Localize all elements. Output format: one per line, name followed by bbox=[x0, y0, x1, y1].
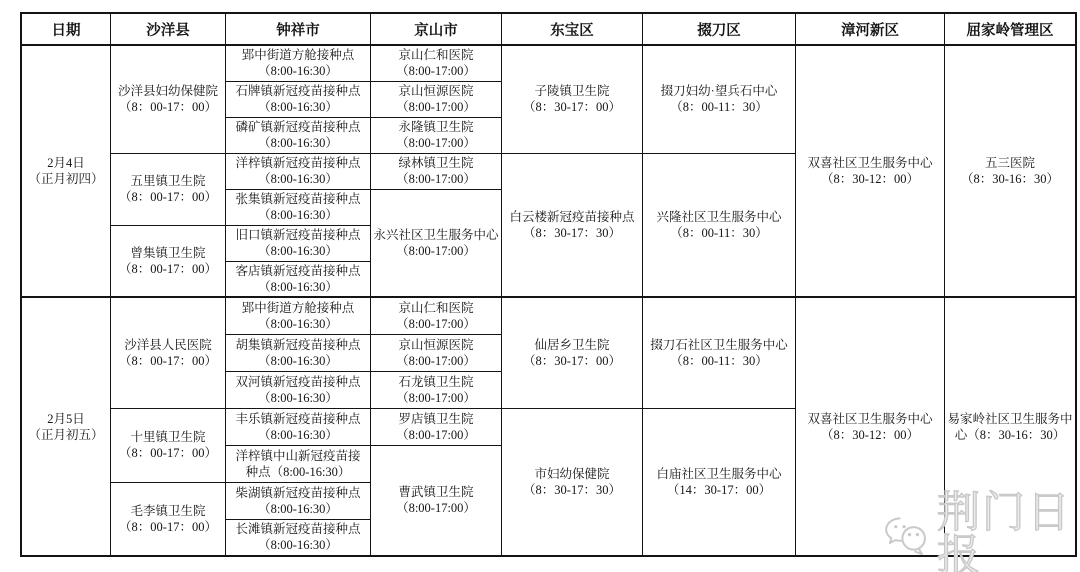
site-cell: 易家岭社区卫生服务中心（8：30-16：30） bbox=[945, 297, 1077, 556]
site-name: 石牌镇新冠疫苗接种点 bbox=[227, 83, 369, 99]
column-header: 漳河新区 bbox=[796, 13, 945, 45]
column-header: 钟祥市 bbox=[226, 13, 371, 45]
site-hours: （8:00-16:30） bbox=[227, 63, 369, 79]
site-name: 双河镇新冠疫苗接种点 bbox=[227, 374, 369, 390]
site-hours: （8：30-17：30） bbox=[503, 225, 641, 241]
date-cell: 2月4日（正月初四） bbox=[21, 45, 111, 297]
column-header: 掇刀区 bbox=[643, 13, 796, 45]
table-header: 日期沙洋县钟祥市京山市东宝区掇刀区漳河新区屈家岭管理区 bbox=[21, 13, 1076, 45]
site-name: 双喜社区卫生服务中心 bbox=[797, 155, 943, 171]
header-row: 日期沙洋县钟祥市京山市东宝区掇刀区漳河新区屈家岭管理区 bbox=[21, 13, 1076, 45]
site-hours: （8:00-17:00） bbox=[372, 390, 500, 406]
site-hours: （8:00-16:30） bbox=[227, 427, 369, 443]
column-header: 日期 bbox=[21, 13, 111, 45]
site-cell: 沙洋县妇幼保健院（8：00-17：00） bbox=[111, 45, 226, 153]
site-name: 五里镇卫生院 bbox=[112, 173, 224, 189]
site-hours: （8：00-17：00） bbox=[112, 189, 224, 205]
site-cell: 五里镇卫生院（8：00-17：00） bbox=[111, 153, 226, 225]
site-cell: 永兴社区卫生服务中心（8:00-17:00） bbox=[371, 189, 502, 297]
site-cell: 罗店镇卫生院（8:00-17:00） bbox=[371, 408, 502, 445]
site-hours: （14：30-17：00） bbox=[644, 482, 794, 498]
site-hours: （8:00-17:00） bbox=[372, 99, 500, 115]
site-cell: 永隆镇卫生院（8:00-17:00） bbox=[371, 117, 502, 153]
site-hours: （8:00-17:00） bbox=[372, 243, 500, 259]
site-name: 京山仁和医院 bbox=[372, 300, 500, 316]
site-cell: 张集镇新冠疫苗接种点（8:00-16:30） bbox=[226, 189, 371, 225]
site-cell: 石龙镇卫生院（8:00-17:00） bbox=[371, 371, 502, 408]
site-cell: 胡集镇新冠疫苗接种点（8:00-16:30） bbox=[226, 334, 371, 371]
site-cell: 白云楼新冠疫苗接种点（8：30-17：30） bbox=[502, 153, 643, 297]
site-name: 胡集镇新冠疫苗接种点 bbox=[227, 337, 369, 353]
site-cell: 十里镇卫生院（8：00-17：00） bbox=[111, 408, 226, 482]
site-name: 洋梓镇中山新冠疫苗接 bbox=[227, 448, 369, 464]
site-name: 郢中街道方舱接种点 bbox=[227, 300, 369, 316]
site-hours: （8:00-16:30） bbox=[227, 243, 369, 259]
site-cell: 磷矿镇新冠疫苗接种点（8:00-16:30） bbox=[226, 117, 371, 153]
site-name: 双喜社区卫生服务中心 bbox=[797, 411, 943, 427]
site-cell: 京山恒源医院（8:00-17:00） bbox=[371, 81, 502, 117]
site-hours: （8:00-16:30） bbox=[227, 279, 369, 295]
site-hours: （8：00-17：00） bbox=[112, 353, 224, 369]
site-cell: 长滩镇新冠疫苗接种点（8:00-16:30） bbox=[226, 519, 371, 556]
column-header: 沙洋县 bbox=[111, 13, 226, 45]
site-cell: 双喜社区卫生服务中心（8：30-12：00） bbox=[796, 297, 945, 556]
site-hours: 心（8：30-16：30） bbox=[946, 427, 1074, 443]
site-cell: 客店镇新冠疫苗接种点（8:00-16:30） bbox=[226, 261, 371, 297]
site-name: 易家岭社区卫生服务中 bbox=[946, 411, 1074, 427]
site-cell: 丰乐镇新冠疫苗接种点（8:00-16:30） bbox=[226, 408, 371, 445]
site-hours: （8:00-17:00） bbox=[372, 353, 500, 369]
site-cell: 曹武镇卫生院（8:00-17:00） bbox=[371, 445, 502, 556]
site-name: 罗店镇卫生院 bbox=[372, 411, 500, 427]
site-cell: 郢中街道方舱接种点（8:00-16:30） bbox=[226, 45, 371, 81]
site-name: 京山仁和医院 bbox=[372, 47, 500, 63]
site-name: 京山恒源医院 bbox=[372, 83, 500, 99]
site-name: 曾集镇卫生院 bbox=[112, 245, 224, 261]
site-hours: （8:00-16:30） bbox=[227, 99, 369, 115]
site-hours: （8：30-17：30） bbox=[503, 482, 641, 498]
site-hours: （8：00-17：00） bbox=[112, 261, 224, 277]
site-hours: （8:00-17:00） bbox=[372, 316, 500, 332]
site-name: 兴隆社区卫生服务中心 bbox=[644, 209, 794, 225]
site-hours: （8:00-16:30） bbox=[227, 353, 369, 369]
site-hours: （8:00-17:00） bbox=[372, 427, 500, 443]
site-hours: （8:00-17:00） bbox=[372, 135, 500, 151]
site-hours: （8：00-17：00） bbox=[112, 519, 224, 535]
site-name: 绿林镇卫生院 bbox=[372, 155, 500, 171]
site-hours: （8:00-16:30） bbox=[227, 316, 369, 332]
site-cell: 京山仁和医院（8:00-17:00） bbox=[371, 45, 502, 81]
site-hours: （8:00-16:30） bbox=[227, 207, 369, 223]
site-hours: （8：00-17：00） bbox=[112, 445, 224, 461]
schedule-row: 2月4日（正月初四）沙洋县妇幼保健院（8：00-17：00）郢中街道方舱接种点（… bbox=[21, 45, 1076, 81]
site-hours: （8:00-17:00） bbox=[372, 171, 500, 187]
site-hours: （8：30-16：30） bbox=[946, 171, 1074, 187]
site-name: 市妇幼保健院 bbox=[503, 466, 641, 482]
site-name: 掇刀石社区卫生服务中心 bbox=[644, 337, 794, 353]
site-cell: 柴湖镇新冠疫苗接种点（8:00-16:30） bbox=[226, 482, 371, 519]
site-hours: （8：30-17：00） bbox=[503, 353, 641, 369]
site-cell: 子陵镇卫生院（8：30-17：00） bbox=[502, 45, 643, 153]
site-cell: 洋梓镇中山新冠疫苗接种点（8:00-16:30） bbox=[226, 445, 371, 482]
site-cell: 洋梓镇新冠疫苗接种点（8:00-16:30） bbox=[226, 153, 371, 189]
column-header: 屈家岭管理区 bbox=[945, 13, 1077, 45]
site-name: 石龙镇卫生院 bbox=[372, 374, 500, 390]
site-hours: （8:00-16:30） bbox=[227, 135, 369, 151]
site-cell: 曾集镇卫生院（8：00-17：00） bbox=[111, 225, 226, 297]
site-hours: 种点（8:00-16:30） bbox=[227, 464, 369, 480]
vaccination-schedule-table: 日期沙洋县钟祥市京山市东宝区掇刀区漳河新区屈家岭管理区 2月4日（正月初四）沙洋… bbox=[20, 12, 1077, 557]
site-name: 洋梓镇新冠疫苗接种点 bbox=[227, 155, 369, 171]
site-hours: （8:00-17:00） bbox=[372, 63, 500, 79]
site-hours: （8:00-16:30） bbox=[227, 501, 369, 517]
site-cell: 市妇幼保健院（8：30-17：30） bbox=[502, 408, 643, 556]
site-cell: 旧口镇新冠疫苗接种点（8:00-16:30） bbox=[226, 225, 371, 261]
site-hours: （8：00-17：00） bbox=[112, 99, 224, 115]
site-name: 客店镇新冠疫苗接种点 bbox=[227, 263, 369, 279]
site-name: 掇刀妇幼·望兵石中心 bbox=[644, 83, 794, 99]
site-hours: （8：00-11：30） bbox=[644, 353, 794, 369]
date-group: 2月4日（正月初四）沙洋县妇幼保健院（8：00-17：00）郢中街道方舱接种点（… bbox=[21, 45, 1076, 297]
site-name: 十里镇卫生院 bbox=[112, 429, 224, 445]
site-name: 郢中街道方舱接种点 bbox=[227, 47, 369, 63]
site-hours: （8：30-12：00） bbox=[797, 427, 943, 443]
date-cell: 2月5日（正月初五） bbox=[21, 297, 111, 556]
column-header: 东宝区 bbox=[502, 13, 643, 45]
site-hours: （8:00-16:30） bbox=[227, 390, 369, 406]
site-name: 长滩镇新冠疫苗接种点 bbox=[227, 521, 369, 537]
site-cell: 绿林镇卫生院（8:00-17:00） bbox=[371, 153, 502, 189]
site-hours: （8:00-16:30） bbox=[227, 171, 369, 187]
date-line: （正月初五） bbox=[23, 427, 109, 443]
site-name: 沙洋县人民医院 bbox=[112, 337, 224, 353]
site-cell: 掇刀妇幼·望兵石中心（8：00-11：30） bbox=[643, 45, 796, 153]
site-cell: 郢中街道方舱接种点（8:00-16:30） bbox=[226, 297, 371, 334]
date-line: （正月初四） bbox=[23, 171, 109, 187]
site-hours: （8：30-12：00） bbox=[797, 171, 943, 187]
site-cell: 掇刀石社区卫生服务中心（8：00-11：30） bbox=[643, 297, 796, 408]
site-cell: 仙居乡卫生院（8：30-17：00） bbox=[502, 297, 643, 408]
site-cell: 白庙社区卫生服务中心（14：30-17：00） bbox=[643, 408, 796, 556]
schedule-row: 2月5日（正月初五）沙洋县人民医院（8：00-17：00）郢中街道方舱接种点（8… bbox=[21, 297, 1076, 334]
site-cell: 兴隆社区卫生服务中心（8：00-11：30） bbox=[643, 153, 796, 297]
site-hours: （8：00-11：30） bbox=[644, 99, 794, 115]
site-cell: 双河镇新冠疫苗接种点（8:00-16:30） bbox=[226, 371, 371, 408]
site-name: 京山恒源医院 bbox=[372, 337, 500, 353]
site-hours: （8:00-16:30） bbox=[227, 537, 369, 553]
site-name: 旧口镇新冠疫苗接种点 bbox=[227, 227, 369, 243]
site-name: 永隆镇卫生院 bbox=[372, 119, 500, 135]
site-cell: 双喜社区卫生服务中心（8：30-12：00） bbox=[796, 45, 945, 297]
site-name: 五三医院 bbox=[946, 155, 1074, 171]
date-line: 2月4日 bbox=[23, 155, 109, 171]
site-cell: 沙洋县人民医院（8：00-17：00） bbox=[111, 297, 226, 408]
site-hours: （8：30-17：00） bbox=[503, 99, 641, 115]
site-name: 柴湖镇新冠疫苗接种点 bbox=[227, 485, 369, 501]
site-cell: 五三医院（8：30-16：30） bbox=[945, 45, 1077, 297]
site-name: 白云楼新冠疫苗接种点 bbox=[503, 209, 641, 225]
site-name: 永兴社区卫生服务中心 bbox=[372, 227, 500, 243]
site-cell: 京山恒源医院（8:00-17:00） bbox=[371, 334, 502, 371]
site-name: 磷矿镇新冠疫苗接种点 bbox=[227, 119, 369, 135]
column-header: 京山市 bbox=[371, 13, 502, 45]
site-name: 仙居乡卫生院 bbox=[503, 337, 641, 353]
date-group: 2月5日（正月初五）沙洋县人民医院（8：00-17：00）郢中街道方舱接种点（8… bbox=[21, 297, 1076, 556]
site-cell: 石牌镇新冠疫苗接种点（8:00-16:30） bbox=[226, 81, 371, 117]
site-cell: 京山仁和医院（8:00-17:00） bbox=[371, 297, 502, 334]
site-hours: （8：00-11：30） bbox=[644, 225, 794, 241]
site-name: 丰乐镇新冠疫苗接种点 bbox=[227, 411, 369, 427]
site-name: 子陵镇卫生院 bbox=[503, 83, 641, 99]
site-name: 白庙社区卫生服务中心 bbox=[644, 466, 794, 482]
site-hours: （8:00-17:00） bbox=[372, 500, 500, 516]
site-name: 沙洋县妇幼保健院 bbox=[112, 83, 224, 99]
site-name: 张集镇新冠疫苗接种点 bbox=[227, 191, 369, 207]
site-cell: 毛李镇卫生院（8：00-17：00） bbox=[111, 482, 226, 556]
date-line: 2月5日 bbox=[23, 411, 109, 427]
site-name: 毛李镇卫生院 bbox=[112, 503, 224, 519]
site-name: 曹武镇卫生院 bbox=[372, 484, 500, 500]
